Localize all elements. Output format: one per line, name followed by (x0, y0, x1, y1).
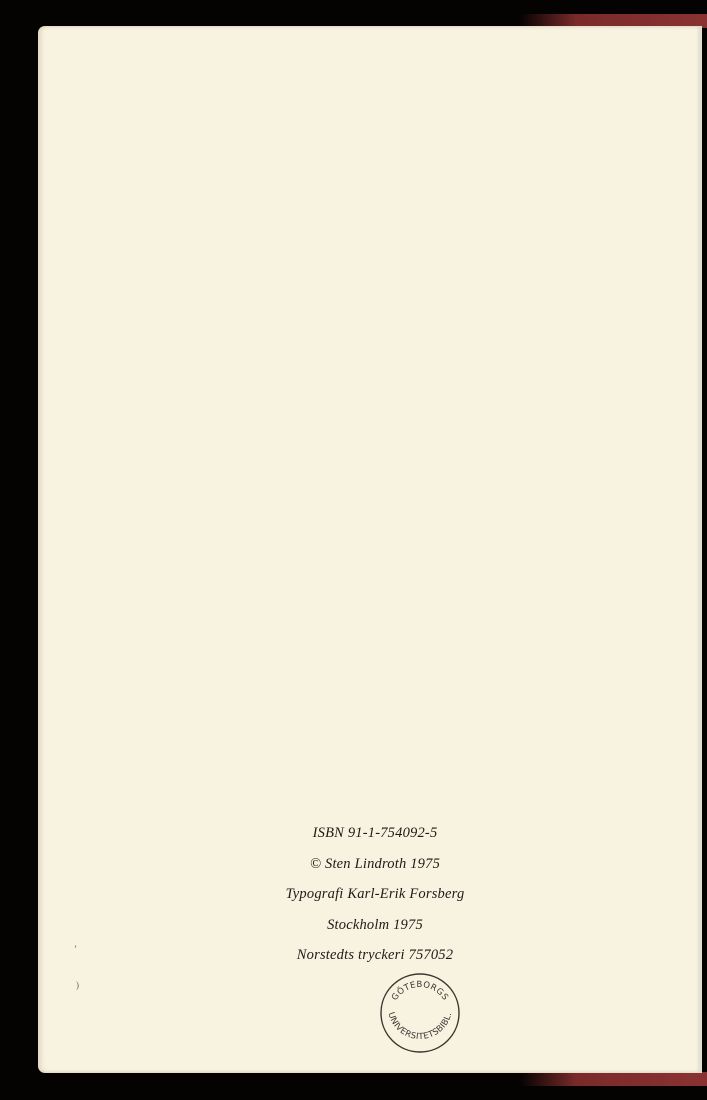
isbn-line: ISBN 91-1-754092-5 (313, 825, 438, 842)
svg-text:GÖTEBORGS: GÖTEBORGS (390, 980, 450, 1003)
place-year-line: Stockholm 1975 (327, 917, 423, 934)
book-page: ʼ ) (38, 26, 702, 1073)
stamp-bottom-text: UNIVERSITETSBIBL. (386, 1011, 455, 1042)
paper-speck: ) (76, 980, 79, 990)
book-binding-edge-bottom (520, 1072, 707, 1086)
library-stamp-icon: GÖTEBORGS UNIVERSITETSBIBL. (378, 971, 462, 1055)
svg-text:UNIVERSITETSBIBL.: UNIVERSITETSBIBL. (386, 1011, 455, 1042)
copyright-line: © Sten Lindroth 1975 (310, 856, 440, 873)
stamp-top-text: GÖTEBORGS (390, 980, 450, 1003)
typography-line: Typografi Karl-Erik Forsberg (286, 886, 465, 903)
printer-line: Norstedts tryckeri 757052 (297, 947, 453, 964)
paper-speck: ʼ (74, 944, 77, 954)
scanned-page-view: ʼ ) ISBN 91-1-754092-5 © Sten Lindroth 1… (0, 0, 707, 1100)
